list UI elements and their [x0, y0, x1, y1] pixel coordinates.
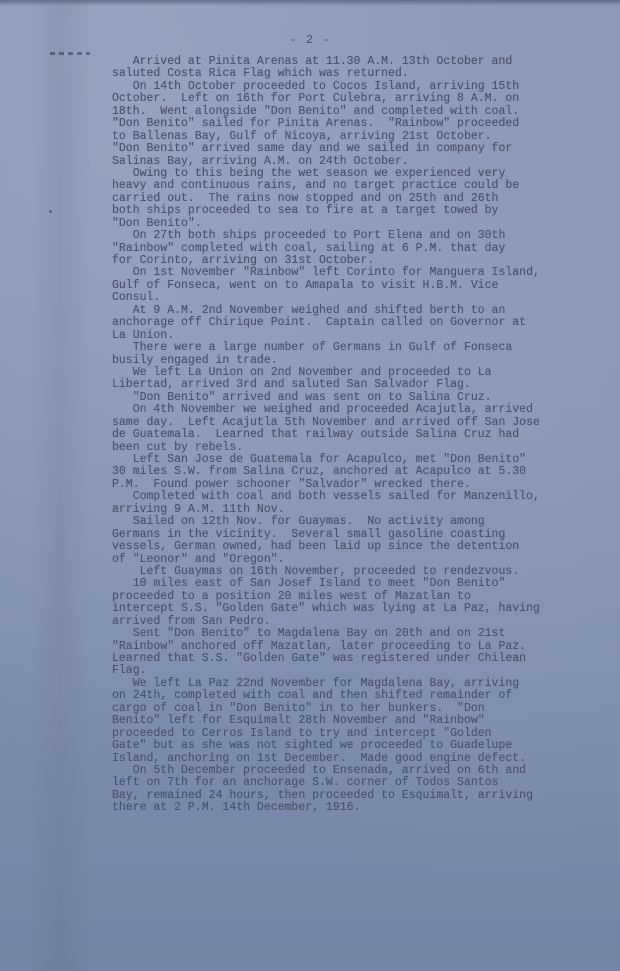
typewritten-body: Arrived at Pinita Arenas at 11.30 A.M. 1…	[112, 56, 592, 815]
text-line: Completed with coal and both vessels sai…	[112, 491, 592, 503]
text-line: 10 miles east of San Josef Island to mee…	[112, 578, 592, 590]
text-line: saluted Costa Rica Flag which was return…	[112, 68, 592, 80]
margin-punch-dot	[49, 210, 52, 213]
text-line: anchorage off Chirique Point. Captain ca…	[112, 317, 592, 329]
text-line: October. Left on 16th for Port Culebra, …	[112, 93, 592, 105]
text-line: left on 7th for an anchorage S.W. corner…	[112, 777, 592, 789]
text-line: Sent "Don Benito" to Magdalena Bay on 20…	[112, 628, 592, 640]
text-line: Flag.	[112, 665, 592, 677]
text-line: Sailed on 12th Nov. for Guaymas. No acti…	[112, 516, 592, 528]
page-number: - 2 -	[0, 33, 620, 47]
text-line: on 24th, completed with coal and then sh…	[112, 690, 592, 702]
page-fold-shadow	[30, 0, 90, 971]
text-line: On 27th both ships proceeded to Port Ele…	[112, 230, 592, 242]
text-line: both ships proceeded to sea to fire at a…	[112, 205, 592, 217]
text-line: de Guatemala. Learned that railway outsi…	[112, 429, 592, 441]
text-line: 30 miles S.W. from Salina Cruz, anchored…	[112, 466, 592, 478]
margin-pencil-mark	[50, 52, 90, 55]
text-line: intercept S.S. "Golden Gate" which was l…	[112, 603, 592, 615]
text-line: On 4th November we weighed and proceeded…	[112, 404, 592, 416]
text-line: There were a large number of Germans in …	[112, 342, 592, 354]
text-line: Gate" but as she was not sighted we proc…	[112, 740, 592, 752]
text-line: vessels, German owned, had been laid up …	[112, 541, 592, 553]
text-line: there at 2 P.M. 14th December, 1916.	[112, 802, 592, 814]
text-line: Gulf of Fonseca, went on to Amapala to v…	[112, 280, 592, 292]
text-line: Consul.	[112, 292, 592, 304]
document-page: - 2 - Arrived at Pinita Arenas at 11.30 …	[0, 0, 620, 971]
text-line: heavy and continuous rains, and no targe…	[112, 180, 592, 192]
text-line: "Don Benito" sailed for Pinita Arenas. "…	[112, 118, 592, 130]
page-edge-shadow	[0, 0, 620, 6]
text-line: Learned that S.S. "Golden Gate" was regi…	[112, 653, 592, 665]
text-line: "Don Benito" arrived same day and we sai…	[112, 143, 592, 155]
text-line: Benito" left for Esquimalt 28th November…	[112, 715, 592, 727]
text-line: On 1st November "Rainbow" left Corinto f…	[112, 267, 592, 279]
text-line: Libertad, arrived 3rd and saluted San Sa…	[112, 379, 592, 391]
